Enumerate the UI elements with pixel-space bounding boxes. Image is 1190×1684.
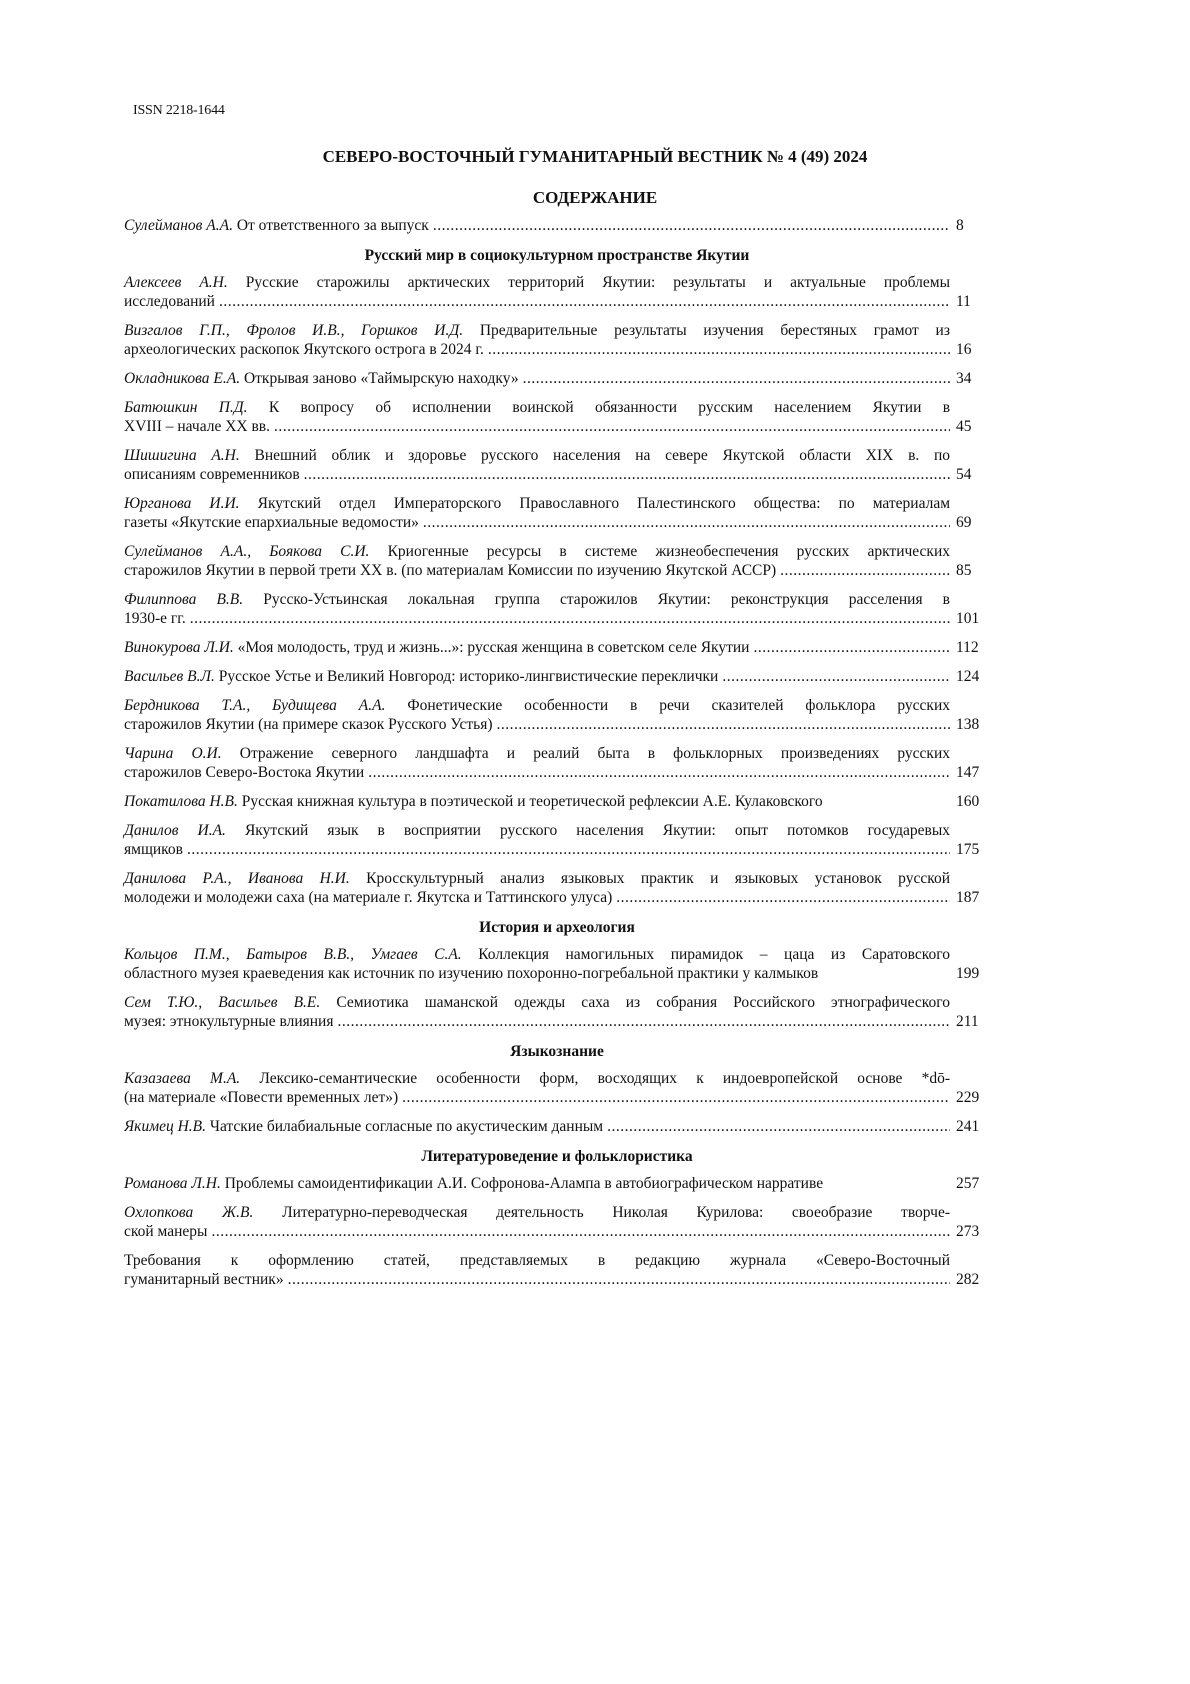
entry-first-line: Батюшкин П.Д. К вопросу об исполнении во… (124, 398, 950, 417)
table-of-contents: Сулейманов А.А. От ответственного за вып… (124, 216, 990, 1299)
entry-authors: Визгалов Г.П., Фролов И.В., Горшков И.Д. (124, 322, 463, 339)
dot-leader (523, 369, 950, 388)
toc-entry[interactable]: Бердникова Т.А., Будищева А.А. Фонетичес… (124, 696, 990, 734)
dot-leader (219, 292, 950, 311)
entry-last-line: гуманитарный вестник» (124, 1270, 950, 1289)
dot-leader (368, 763, 950, 782)
entry-body: Данилова Р.А., Иванова Н.И. Кросскультур… (124, 869, 950, 907)
entry-authors: Сем Т.Ю., Васильев В.Е. (124, 994, 320, 1011)
page-number: 112 (956, 638, 990, 657)
toc-entry[interactable]: Кольцов П.М., Батыров В.В., Умгаев С.А. … (124, 945, 990, 983)
entry-first-line: Сулейманов А.А., Боякова С.И. Криогенные… (124, 542, 950, 561)
page-number: 241 (956, 1117, 990, 1136)
toc-entry[interactable]: Батюшкин П.Д. К вопросу об исполнении во… (124, 398, 990, 436)
entry-authors: Данилов И.А. (124, 822, 226, 839)
dot-leader (722, 667, 950, 686)
dot-leader (423, 513, 950, 532)
dot-leader (488, 340, 950, 359)
dot-leader (337, 1012, 950, 1031)
entry-title-end: 1930-е гг. (124, 609, 186, 628)
entry-title-end: описаниям современников (124, 465, 300, 484)
entry-last-line: музея: этнокультурные влияния (124, 1012, 950, 1031)
page-number: 11 (956, 292, 990, 311)
entry-title-start: Предварительные результаты изучения бере… (480, 322, 950, 339)
toc-entry[interactable]: Чарина О.И. Отражение северного ландшафт… (124, 744, 990, 782)
entry-title-start: Требования к оформлению статей, представ… (124, 1252, 950, 1269)
toc-entry[interactable]: Покатилова Н.В. Русская книжная культура… (124, 792, 990, 811)
dot-leader (190, 609, 950, 628)
entry-body: Васильев В.Л. Русское Устье и Великий Но… (124, 667, 950, 686)
entry-title: Русская книжная культура в поэтической и… (242, 792, 823, 811)
page-number: 229 (956, 1088, 990, 1107)
dot-leader (288, 1270, 950, 1289)
toc-entry[interactable]: Шишигина А.Н. Внешний облик и здоровье р… (124, 446, 990, 484)
entry-authors: Якимец Н.В. (124, 1117, 206, 1136)
entry-title-end: старожилов Якутии (на примере сказок Рус… (124, 715, 493, 734)
entry-body: Казазаева М.А. Лексико-семантические осо… (124, 1069, 950, 1107)
page-number: 199 (956, 964, 990, 983)
entry-title: От ответственного за выпуск (237, 216, 429, 235)
entry-body: Шишигина А.Н. Внешний облик и здоровье р… (124, 446, 950, 484)
section-title: Языкознание (124, 1041, 990, 1063)
entry-body: Сулейманов А.А. От ответственного за вып… (124, 216, 950, 235)
entry-authors: Филиппова В.В. (124, 591, 243, 608)
entry-authors: Окладникова Е.А. (124, 369, 240, 388)
entry-title-start: Кросскультурный анализ языковых практик … (366, 870, 950, 887)
entry-last-line: Покатилова Н.В. Русская книжная культура… (124, 792, 950, 811)
entry-title-start: Криогенные ресурсы в системе жизнеобеспе… (388, 543, 950, 560)
toc-entry-intro[interactable]: Сулейманов А.А. От ответственного за вып… (124, 216, 990, 235)
entry-authors: Алексеев А.Н. (124, 274, 228, 291)
page-number: 101 (956, 609, 990, 628)
entry-last-line: археологических раскопок Якутского остро… (124, 340, 950, 359)
issn-label: ISSN 2218-1644 (133, 103, 225, 119)
entry-body: Покатилова Н.В. Русская книжная культура… (124, 792, 950, 811)
entry-title: «Моя молодость, труд и жизнь...»: русска… (238, 638, 750, 657)
entry-body: Окладникова Е.А. Открывая заново «Таймыр… (124, 369, 950, 388)
toc-entry[interactable]: Васильев В.Л. Русское Устье и Великий Но… (124, 667, 990, 686)
entry-first-line: Алексеев А.Н. Русские старожилы арктичес… (124, 273, 950, 292)
entry-last-line: Романова Л.Н. Проблемы самоидентификации… (124, 1174, 950, 1193)
entry-last-line: Винокурова Л.И. «Моя молодость, труд и ж… (124, 638, 950, 657)
toc-entry[interactable]: Охлопкова Ж.В. Литературно-переводческая… (124, 1203, 990, 1241)
page-number: 211 (956, 1012, 990, 1031)
entry-body: Романова Л.Н. Проблемы самоидентификации… (124, 1174, 950, 1193)
entry-title-start: Внешний облик и здоровье русского населе… (254, 447, 950, 464)
toc-entry[interactable]: Сем Т.Ю., Васильев В.Е. Семиотика шаманс… (124, 993, 990, 1031)
entry-body: Алексеев А.Н. Русские старожилы арктичес… (124, 273, 950, 311)
entry-body: Винокурова Л.И. «Моя молодость, труд и ж… (124, 638, 950, 657)
page-number: 187 (956, 888, 990, 907)
entry-title-end: XVIII – начале XX вв. (124, 417, 270, 436)
entry-authors: Покатилова Н.В. (124, 792, 238, 811)
toc-entry[interactable]: Требования к оформлению статей, представ… (124, 1251, 990, 1289)
entry-title-start: Русско-Устьинская локальная группа старо… (263, 591, 950, 608)
dot-leader (616, 888, 950, 907)
toc-entry[interactable]: Юрганова И.И. Якутский отдел Императорск… (124, 494, 990, 532)
page-number: 147 (956, 763, 990, 782)
entry-last-line: описаниям современников (124, 465, 950, 484)
entry-last-line: (на материале «Повести временных лет») (124, 1088, 950, 1107)
toc-entry[interactable]: Филиппова В.В. Русско-Устьинская локальн… (124, 590, 990, 628)
entry-title-end: ской манеры (124, 1222, 207, 1241)
entry-first-line: Данилова Р.А., Иванова Н.И. Кросскультур… (124, 869, 950, 888)
entry-body: Филиппова В.В. Русско-Устьинская локальн… (124, 590, 950, 628)
entry-first-line: Юрганова И.И. Якутский отдел Императорск… (124, 494, 950, 513)
entry-first-line: Визгалов Г.П., Фролов И.В., Горшков И.Д.… (124, 321, 950, 340)
section-title: Литературоведение и фольклористика (124, 1146, 990, 1168)
dot-leader (304, 465, 950, 484)
page-number: 85 (956, 561, 990, 580)
entry-title-end: областного музея краеведения как источни… (124, 964, 818, 983)
entry-last-line: исследований (124, 292, 950, 311)
page-number: 34 (956, 369, 990, 388)
entry-last-line: старожилов Якутии (на примере сказок Рус… (124, 715, 950, 734)
entry-first-line: Данилов И.А. Якутский язык в восприятии … (124, 821, 950, 840)
page-number: 45 (956, 417, 990, 436)
entry-title-end: молодежи и молодежи саха (на материале г… (124, 888, 612, 907)
entry-authors: Казазаева М.А. (124, 1070, 240, 1087)
entry-title: Открывая заново «Таймырскую находку» (244, 369, 519, 388)
journal-title: СЕВЕРО-ВОСТОЧНЫЙ ГУМАНИТАРНЫЙ ВЕСТНИК № … (0, 147, 1190, 167)
entry-last-line: Сулейманов А.А. От ответственного за вып… (124, 216, 950, 235)
entry-authors: Батюшкин П.Д. (124, 399, 248, 416)
entry-body: Требования к оформлению статей, представ… (124, 1251, 950, 1289)
entry-title-start: Фонетические особенности в речи сказител… (407, 697, 950, 714)
dot-leader (753, 638, 950, 657)
toc-entry[interactable]: Данилов И.А. Якутский язык в восприятии … (124, 821, 990, 859)
entry-authors: Сулейманов А.А., Боякова С.И. (124, 543, 369, 560)
entry-first-line: Филиппова В.В. Русско-Устьинская локальн… (124, 590, 950, 609)
entry-last-line: Окладникова Е.А. Открывая заново «Таймыр… (124, 369, 950, 388)
entry-title-start: Лексико-семантические особенности форм, … (259, 1070, 950, 1087)
entry-title-start: Литературно-переводческая деятельность Н… (282, 1204, 950, 1221)
entry-last-line: молодежи и молодежи саха (на материале г… (124, 888, 950, 907)
entry-title: Проблемы самоидентификации А.И. Софронов… (225, 1174, 823, 1193)
entry-title-end: газеты «Якутские епархиальные ведомости» (124, 513, 419, 532)
entry-last-line: XVIII – начале XX вв. (124, 417, 950, 436)
entry-title-end: гуманитарный вестник» (124, 1270, 284, 1289)
toc-entry[interactable]: Данилова Р.А., Иванова Н.И. Кросскультур… (124, 869, 990, 907)
entry-last-line: Якимец Н.В. Чатские билабиальные согласн… (124, 1117, 950, 1136)
dot-leader (187, 840, 950, 859)
entry-last-line: Васильев В.Л. Русское Устье и Великий Но… (124, 667, 950, 686)
entry-title-start: Русские старожилы арктических территорий… (246, 274, 950, 291)
entry-title-start: Отражение северного ландшафта и реалий б… (240, 745, 950, 762)
dot-leader (497, 715, 951, 734)
entry-title-end: (на материале «Повести временных лет») (124, 1088, 398, 1107)
page-number: 16 (956, 340, 990, 359)
entry-first-line: Бердникова Т.А., Будищева А.А. Фонетичес… (124, 696, 950, 715)
entry-body: Сулейманов А.А., Боякова С.И. Криогенные… (124, 542, 950, 580)
entry-title: Чатские билабиальные согласные по акусти… (210, 1117, 603, 1136)
page-number: 8 (956, 216, 990, 235)
entry-title-start: Семиотика шаманской одежды саха из собра… (336, 994, 950, 1011)
toc-entry[interactable]: Винокурова Л.И. «Моя молодость, труд и ж… (124, 638, 990, 657)
entry-last-line: старожилов Северо-Востока Якутии (124, 763, 950, 782)
entry-first-line: Чарина О.И. Отражение северного ландшафт… (124, 744, 950, 763)
entry-title-end: исследований (124, 292, 215, 311)
entry-authors: Романова Л.Н. (124, 1174, 221, 1193)
toc-heading: СОДЕРЖАНИЕ (0, 188, 1190, 208)
entry-first-line: Казазаева М.А. Лексико-семантические осо… (124, 1069, 950, 1088)
entry-authors: Шишигина А.Н. (124, 447, 240, 464)
dot-leader (402, 1088, 950, 1107)
entry-authors: Чарина О.И. (124, 745, 222, 762)
page-number: 282 (956, 1270, 990, 1289)
dot-leader (433, 216, 950, 235)
dot-leader (211, 1222, 950, 1241)
page-number: 124 (956, 667, 990, 686)
entry-body: Охлопкова Ж.В. Литературно-переводческая… (124, 1203, 950, 1241)
entry-body: Визгалов Г.П., Фролов И.В., Горшков И.Д.… (124, 321, 950, 359)
entry-authors: Винокурова Л.И. (124, 638, 234, 657)
entry-authors: Данилова Р.А., Иванова Н.И. (124, 870, 350, 887)
entry-first-line: Охлопкова Ж.В. Литературно-переводческая… (124, 1203, 950, 1222)
dot-leader (780, 561, 950, 580)
entry-last-line: областного музея краеведения как источни… (124, 964, 950, 983)
entry-authors: Васильев В.Л. (124, 667, 215, 686)
page-number: 273 (956, 1222, 990, 1241)
dot-leader (274, 417, 950, 436)
toc-entry[interactable]: Якимец Н.В. Чатские билабиальные согласн… (124, 1117, 990, 1136)
entry-authors: Бердникова Т.А., Будищева А.А. (124, 697, 385, 714)
page-number: 175 (956, 840, 990, 859)
entry-title-end: старожилов Якутии в первой трети XX в. (… (124, 561, 776, 580)
page-number: 160 (956, 792, 990, 811)
entry-title: Русское Устье и Великий Новгород: истори… (219, 667, 719, 686)
entry-first-line: Кольцов П.М., Батыров В.В., Умгаев С.А. … (124, 945, 950, 964)
page-number: 54 (956, 465, 990, 484)
page-number: 257 (956, 1174, 990, 1193)
toc-entry[interactable]: Казазаева М.А. Лексико-семантические осо… (124, 1069, 990, 1107)
entry-body: Батюшкин П.Д. К вопросу об исполнении во… (124, 398, 950, 436)
document-page: ISSN 2218-1644 СЕВЕРО-ВОСТОЧНЫЙ ГУМАНИТА… (0, 0, 1190, 1684)
entry-authors: Охлопкова Ж.В. (124, 1204, 253, 1221)
page-number: 69 (956, 513, 990, 532)
entry-first-line: Требования к оформлению статей, представ… (124, 1251, 950, 1270)
page-number: 138 (956, 715, 990, 734)
entry-title-end: археологических раскопок Якутского остро… (124, 340, 484, 359)
entry-title-end: музея: этнокультурные влияния (124, 1012, 333, 1031)
entry-last-line: 1930-е гг. (124, 609, 950, 628)
toc-entry[interactable]: Романова Л.Н. Проблемы самоидентификации… (124, 1174, 990, 1193)
dot-leader (607, 1117, 950, 1136)
toc-entry[interactable]: Визгалов Г.П., Фролов И.В., Горшков И.Д.… (124, 321, 990, 359)
entry-last-line: старожилов Якутии в первой трети XX в. (… (124, 561, 950, 580)
toc-entry[interactable]: Окладникова Е.А. Открывая заново «Таймыр… (124, 369, 990, 388)
entry-body: Кольцов П.М., Батыров В.В., Умгаев С.А. … (124, 945, 950, 983)
entry-title-end: ямщиков (124, 840, 183, 859)
entry-title-start: Якутский отдел Императорского Православн… (258, 495, 950, 512)
entry-first-line: Сем Т.Ю., Васильев В.Е. Семиотика шаманс… (124, 993, 950, 1012)
entry-title-start: Якутский язык в восприятии русского насе… (245, 822, 950, 839)
entry-title-start: Коллекция намогильных пирамидок – цаца и… (478, 946, 950, 963)
entry-title-start: К вопросу об исполнении воинской обязанн… (269, 399, 950, 416)
entry-body: Данилов И.А. Якутский язык в восприятии … (124, 821, 950, 859)
entry-body: Юрганова И.И. Якутский отдел Императорск… (124, 494, 950, 532)
section-title: История и археология (124, 917, 990, 939)
entry-authors: Кольцов П.М., Батыров В.В., Умгаев С.А. (124, 946, 462, 963)
entry-first-line: Шишигина А.Н. Внешний облик и здоровье р… (124, 446, 950, 465)
toc-entry[interactable]: Алексеев А.Н. Русские старожилы арктичес… (124, 273, 990, 311)
entry-body: Бердникова Т.А., Будищева А.А. Фонетичес… (124, 696, 950, 734)
entry-last-line: газеты «Якутские епархиальные ведомости» (124, 513, 950, 532)
entry-body: Сем Т.Ю., Васильев В.Е. Семиотика шаманс… (124, 993, 950, 1031)
section-title: Русский мир в социокультурном пространст… (124, 245, 990, 267)
entry-last-line: ямщиков (124, 840, 950, 859)
entry-last-line: ской манеры (124, 1222, 950, 1241)
entry-body: Чарина О.И. Отражение северного ландшафт… (124, 744, 950, 782)
entry-authors: Сулейманов А.А. (124, 216, 233, 235)
entry-authors: Юрганова И.И. (124, 495, 240, 512)
entry-body: Якимец Н.В. Чатские билабиальные согласн… (124, 1117, 950, 1136)
toc-entry[interactable]: Сулейманов А.А., Боякова С.И. Криогенные… (124, 542, 990, 580)
entry-title-end: старожилов Северо-Востока Якутии (124, 763, 364, 782)
